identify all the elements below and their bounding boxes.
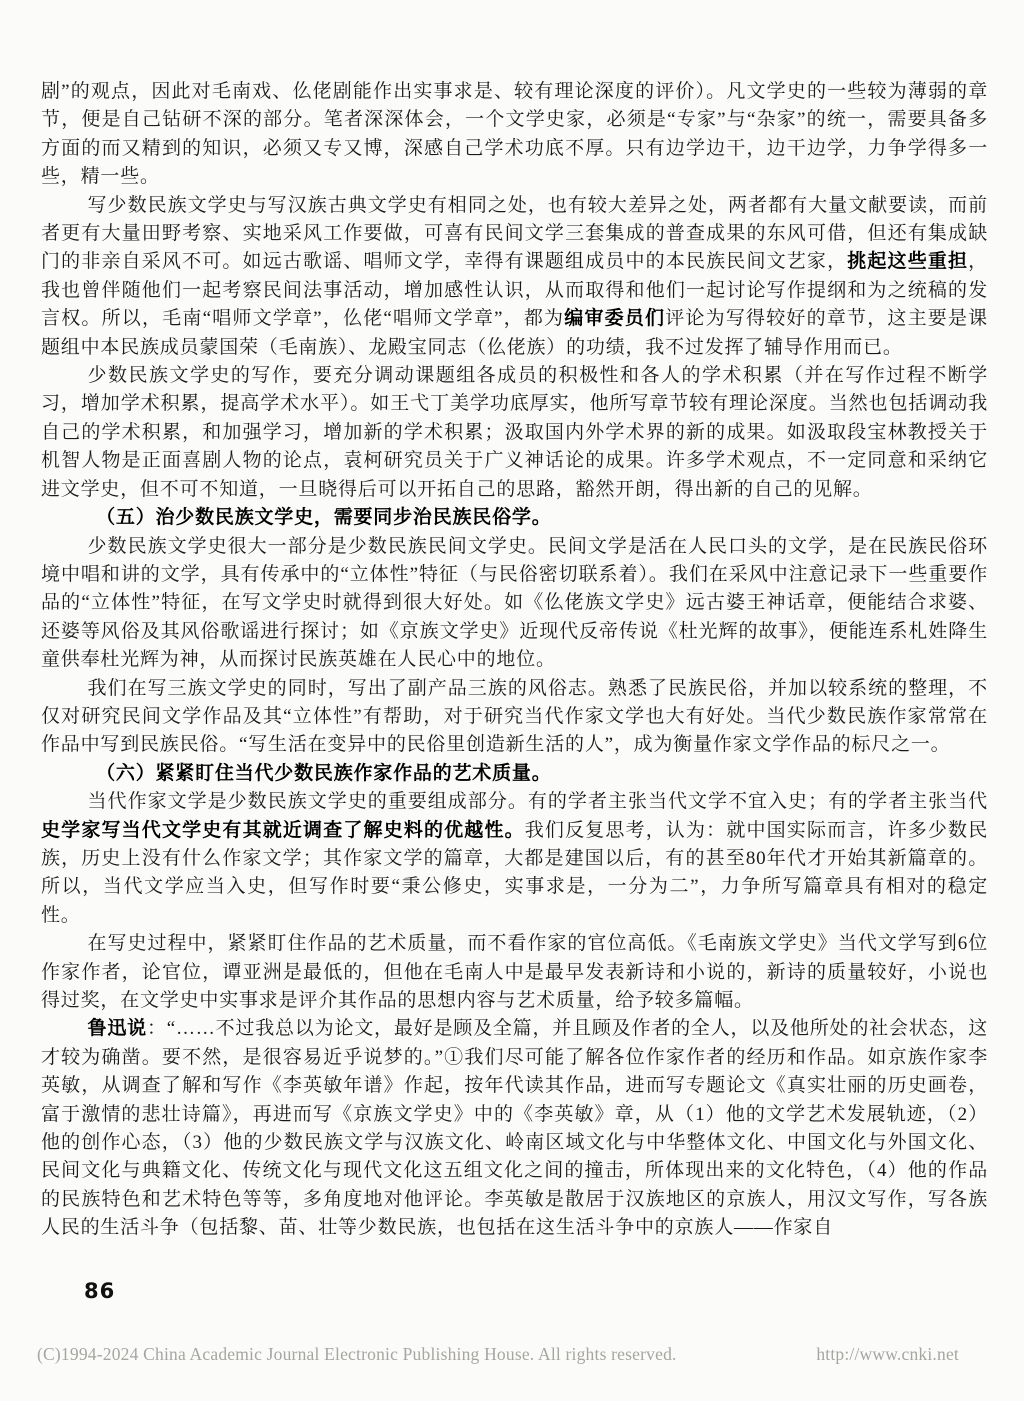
- copyright-notice: (C)1994-2024 China Academic Journal Elec…: [37, 1344, 677, 1365]
- paragraph-academic-accumulation: 少数民族文学史的写作，要充分调动课题组各成员的积极性和各人的学术积累（并在写作过…: [41, 362, 988, 504]
- paragraph-folklore-records: 我们在写三族文学史的同时，写出了副产品三族的风俗志。熟悉了民族民俗，并加以较系统…: [41, 675, 988, 760]
- article-body: 剧”的观点，因此对毛南戏、仫佬剧能作出实事求是、较有理论深度的评价）。凡文学史的…: [41, 78, 988, 1243]
- footer-url: http://www.cnki.net: [816, 1344, 959, 1365]
- paragraph-artistic-quality: 在写史过程中，紧紧盯住作品的艺术质量，而不看作家的官位高低。《毛南族文学史》当代…: [41, 930, 988, 1015]
- text-run: 当代作家文学是少数民族文学史的重要组成部分。有的学者主张当代文学不宜入史；有的学…: [88, 791, 988, 812]
- text-run-bold: 鲁迅说: [88, 1018, 147, 1039]
- section-heading-6: （六）紧紧盯住当代少数民族作家作品的艺术质量。: [41, 760, 988, 788]
- paragraph-continuation: 剧”的观点，因此对毛南戏、仫佬剧能作出实事求是、较有理论深度的评价）。凡文学史的…: [41, 78, 988, 192]
- text-run: ：“……不过我总以为论文，最好是顾及全篇，并且顾及作者的全人，以及他所处的社会状…: [41, 1018, 988, 1238]
- paragraph-luxun-quote: 鲁迅说：“……不过我总以为论文，最好是顾及全篇，并且顾及作者的全人，以及他所处的…: [41, 1015, 988, 1242]
- paragraph-contemporary-writers: 当代作家文学是少数民族文学史的重要组成部分。有的学者主张当代文学不宜入史；有的学…: [41, 788, 988, 930]
- text-run-bold: 编审委员们: [564, 308, 665, 329]
- document-page: 剧”的观点，因此对毛南戏、仫佬剧能作出实事求是、较有理论深度的评价）。凡文学史的…: [0, 0, 1024, 1401]
- section-heading-5: （五）治少数民族文学史，需要同步治民族民俗学。: [41, 504, 988, 532]
- text-run-bold: 挑起这些重担: [847, 251, 968, 272]
- text-run: 写少数民族文学史与写汉族古典文学史有相同之处，也有较大差异之处，两者都有大量文献…: [41, 195, 988, 273]
- text-run-bold: 史学家写当代文学史有其就近调查了解史料的优越性。: [41, 820, 525, 841]
- paragraph-fieldwork: 写少数民族文学史与写汉族古典文学史有相同之处，也有较大差异之处，两者都有大量文献…: [41, 192, 988, 362]
- footer: (C)1994-2024 China Academic Journal Elec…: [37, 1344, 959, 1365]
- paragraph-folklore-feature: 少数民族文学史很大一部分是少数民族民间文学史。民间文学是活在人民口头的文学，是在…: [41, 533, 988, 675]
- page-number: 86: [84, 1279, 115, 1303]
